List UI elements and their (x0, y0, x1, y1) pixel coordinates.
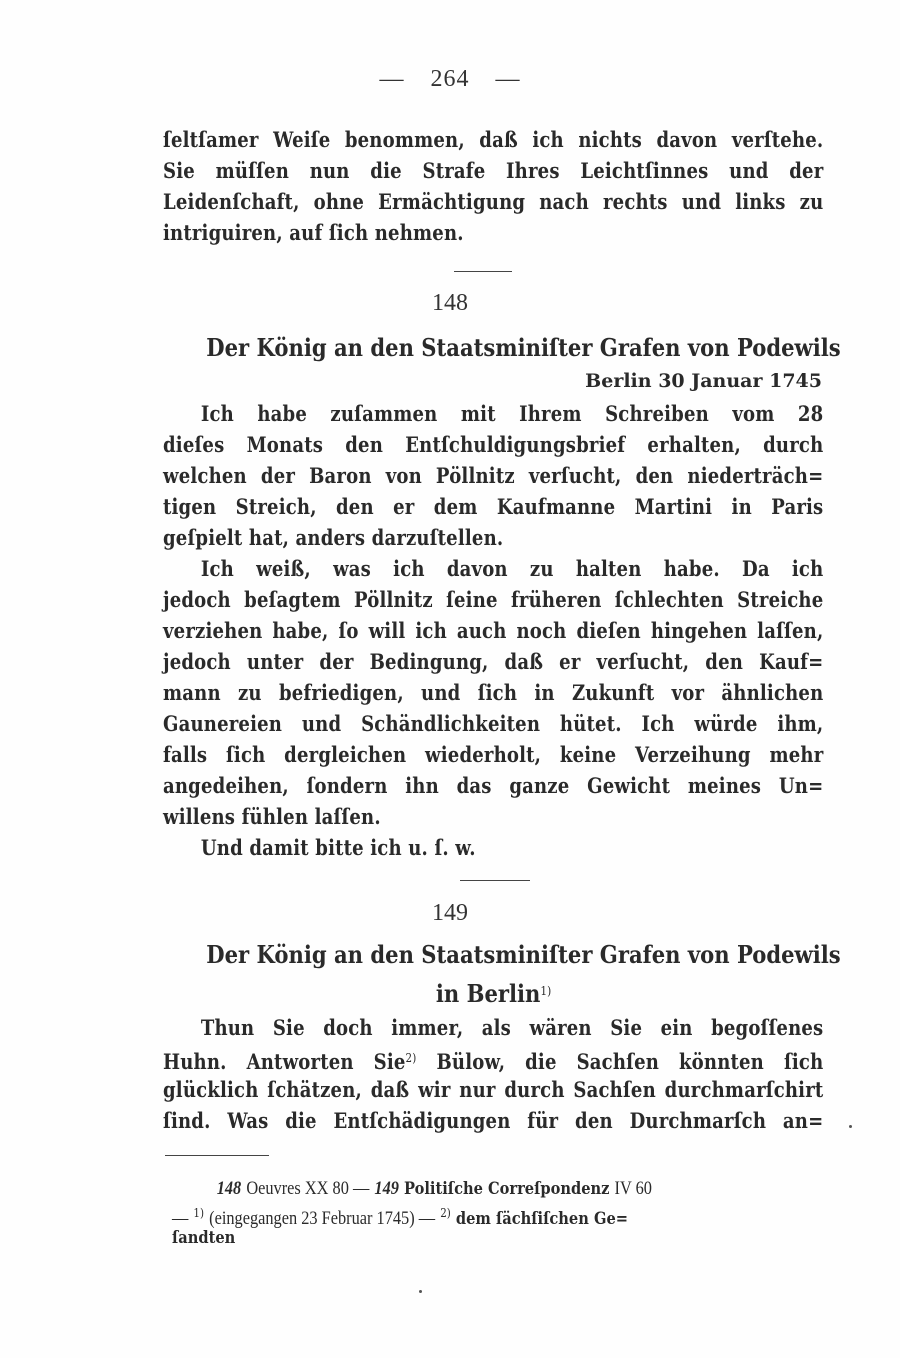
section-divider (460, 880, 530, 881)
text-segment: Bülow, die Sachſen könnten ſich (436, 1049, 823, 1074)
letter-149-paragraph-1: Thun Sie doch immer, als wären Sie ein b… (163, 1012, 825, 1136)
text-segment: Huhn. Antworten Sie (163, 1049, 406, 1074)
letter-148-paragraph-1: Ich habe zuſammen mit Ihrem Schreiben vo… (163, 398, 825, 553)
page-number-dash-right: — (496, 66, 521, 93)
text-line: ſind. Was die Entſchädigungen für den Du… (163, 1105, 823, 1136)
footnote-mark: 2) (406, 1051, 417, 1065)
footnote-mark: 1) (193, 1206, 204, 1220)
text-line: Ich habe zuſammen mit Ihrem Schreiben vo… (163, 398, 823, 429)
text-line: Ich weiß, was ich davon zu halten habe. … (163, 553, 823, 584)
footnote-mark: 2) (440, 1206, 451, 1220)
text-line: Gaunereien und Schändlichkeiten hütet. I… (163, 708, 823, 739)
scan-speck (419, 1290, 422, 1293)
letter-heading-149-line-1: Der König an den Staatsminiſter Grafen v… (163, 938, 825, 972)
page-number: —264— (0, 66, 900, 93)
text-line: Leidenſchaft, ohne Ermächtigung nach rec… (163, 186, 823, 217)
page-number-value: 264 (431, 66, 470, 92)
footnote-source: IV 60 (615, 1178, 652, 1199)
text-line: willens fühlen laſſen. (163, 801, 823, 832)
letter-heading-148: Der König an den Staatsminiſter Grafen v… (163, 331, 825, 365)
text-line: intriguiren, auf ſich nehmen. (163, 217, 823, 248)
text-line: ſeltſamer Weiſe benommen, daß ich nichts… (163, 124, 823, 155)
text-line: angedeihen, ſondern ihn das ganze Gewich… (163, 770, 823, 801)
text-line: jedoch unter der Bedingung, daß er verſu… (163, 646, 823, 677)
letter-heading-text: Der König an den Staatsminiſter Grafen v… (206, 938, 840, 972)
text-line: welchen der Baron von Pöllnitz verſucht,… (163, 460, 823, 491)
letter-148-paragraph-2: Ich weiß, was ich davon zu halten habe. … (163, 553, 825, 832)
letter-heading-text: in Berlin (436, 979, 541, 1008)
letter-heading-149-line-2: in Berlin1) (163, 974, 825, 1011)
text-line: dieſes Monats den Entſchuldigungsbrief e… (163, 429, 823, 460)
continuation-paragraph: ſeltſamer Weiſe benommen, daß ich nichts… (163, 124, 825, 248)
footnote-mark: 1) (541, 984, 552, 998)
footnote-divider (165, 1155, 269, 1156)
letter-number-149: 149 (0, 900, 900, 927)
text-line: Huhn. Antworten Sie2) Bülow, die Sachſen… (163, 1043, 823, 1074)
letter-heading-text: Der König an den Staatsminiſter Grafen v… (206, 331, 840, 365)
book-page: —264— ſeltſamer Weiſe benommen, daß ich … (0, 0, 900, 1358)
text-line: verziehen habe, ſo will ich auch noch di… (163, 615, 823, 646)
letter-dateline-148: Berlin 30 Januar 1745 (585, 370, 822, 392)
text-line: falls ſich dergleichen wiederholt, keine… (163, 739, 823, 770)
page-number-dash-left: — (380, 66, 405, 93)
text-line: Thun Sie doch immer, als wären Sie ein b… (163, 1012, 823, 1043)
section-divider (454, 271, 512, 272)
footnote-line: 148 Oeuvres XX 80 — 149 Politiſche Corre… (172, 1176, 740, 1201)
footnote-line: — 1) (eingegangen 23 Februar 1745) — 2) … (172, 1201, 740, 1226)
footnote-source: Politiſche Correſpondenz (404, 1179, 609, 1199)
letter-148-closing: Und damit bitte ich u. ſ. w. (163, 832, 825, 863)
text-line: geſpielt hat, anders darzuſtellen. (163, 522, 823, 553)
footnote-ref: 148 (217, 1178, 242, 1199)
text-line: mann zu befriedigen, und ſich in Zukunft… (163, 677, 823, 708)
scan-speck (849, 1125, 852, 1128)
text-line: jedoch beſagtem Pöllnitz ſeine früheren … (163, 584, 823, 615)
footnote-ref: 149 (374, 1178, 399, 1199)
footnote-line: ſandten (172, 1226, 740, 1251)
text-line: Sie müſſen nun die Strafe Ihres Leichtſi… (163, 155, 823, 186)
footnote-source: Oeuvres XX 80 — (246, 1178, 369, 1199)
text-line: glücklich ſchätzen, daß wir nur durch Sa… (163, 1074, 823, 1105)
text-line: Und damit bitte ich u. ſ. w. (163, 832, 823, 863)
text-line: tigen Streich, den er dem Kaufmanne Mart… (163, 491, 823, 522)
letter-number-148: 148 (0, 290, 900, 317)
footnotes: 148 Oeuvres XX 80 — 149 Politiſche Corre… (172, 1176, 832, 1251)
